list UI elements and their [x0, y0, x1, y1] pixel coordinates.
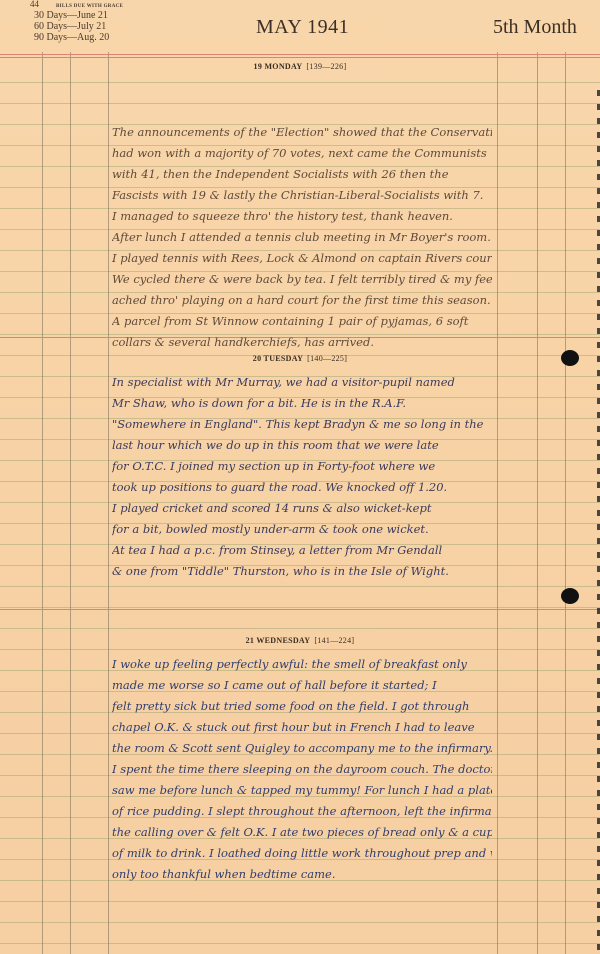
handwritten-line: I woke up feeling perfectly awful: the s… — [112, 654, 492, 675]
header-divider — [0, 54, 600, 55]
handwritten-line: made me worse so I came out of hall befo… — [112, 675, 492, 696]
handwritten-line: I played tennis with Rees, Lock & Almond… — [112, 248, 492, 269]
handwritten-line: Fascists with 19 & lastly the Christian-… — [112, 185, 492, 206]
day-name: 21 WEDNESDAY — [246, 636, 311, 645]
handwritten-line: I played cricket and scored 14 runs & al… — [112, 498, 492, 519]
handwritten-line: At tea I had a p.c. from Stinsey, a lett… — [112, 540, 492, 561]
day-range: [139—226] — [306, 62, 346, 71]
handwritten-line: only too thankful when bedtime came. — [112, 864, 492, 885]
handwritten-line: with 41, then the Independent Socialists… — [112, 164, 492, 185]
diary-entry: In specialist with Mr Murray, we had a v… — [112, 372, 492, 582]
day-divider — [0, 609, 600, 610]
handwritten-line: the room & Scott sent Quigley to accompa… — [112, 738, 492, 759]
handwritten-line: Mr Shaw, who is down for a bit. He is in… — [112, 393, 492, 414]
punch-hole — [561, 588, 579, 604]
bills-row: 60 Days—July 21 — [34, 22, 106, 31]
handwritten-line: felt pretty sick but tried some food on … — [112, 696, 492, 717]
handwritten-line: for a bit, bowled mostly under-arm & too… — [112, 519, 492, 540]
handwritten-line: After lunch I attended a tennis club mee… — [112, 227, 492, 248]
handwritten-line: A parcel from St Winnow containing 1 pai… — [112, 311, 492, 332]
bills-row: 30 Days—June 21 — [34, 11, 108, 20]
day-name: 19 MONDAY — [254, 62, 303, 71]
day-range: [140—225] — [307, 354, 347, 363]
day-name: 20 TUESDAY — [253, 354, 303, 363]
handwritten-line: last hour which we do up in this room th… — [112, 435, 492, 456]
diary-entry: The announcements of the "Election" show… — [112, 122, 492, 353]
handwritten-line: for O.T.C. I joined my section up in For… — [112, 456, 492, 477]
handwritten-line: & one from "Tiddle" Thurston, who is in … — [112, 561, 492, 582]
margin-rule — [70, 52, 71, 954]
margin-rule — [537, 52, 538, 954]
handwritten-line: The announcements of the "Election" show… — [112, 122, 492, 143]
handwritten-line: We cycled there & were back by tea. I fe… — [112, 269, 492, 290]
handwritten-line: of rice pudding. I slept throughout the … — [112, 801, 492, 822]
month-label: 5th Month — [493, 16, 577, 39]
header-divider — [0, 57, 600, 58]
handwritten-line: I managed to squeeze thro' the history t… — [112, 206, 492, 227]
page-number: 44 — [30, 0, 39, 9]
margin-rule — [497, 52, 498, 954]
diary-entry: I woke up feeling perfectly awful: the s… — [112, 654, 492, 885]
punch-hole — [561, 350, 579, 366]
handwritten-line: chapel O.K. & stuck out first hour but i… — [112, 717, 492, 738]
margin-rule — [42, 52, 43, 954]
diary-page: 44 BILLS DUE WITH GRACE 30 Days—June 21 … — [0, 0, 600, 954]
bills-row: 90 Days—Aug. 20 — [34, 33, 109, 42]
handwritten-line: took up positions to guard the road. We … — [112, 477, 492, 498]
handwritten-line: collars & several handkerchiefs, has arr… — [112, 332, 492, 353]
handwritten-line: "Somewhere in England". This kept Bradyn… — [112, 414, 492, 435]
page-title: MAY 1941 — [256, 16, 349, 39]
day-range: [141—224] — [314, 636, 354, 645]
day-heading: 20 TUESDAY[140—225] — [0, 354, 600, 363]
handwritten-line: In specialist with Mr Murray, we had a v… — [112, 372, 492, 393]
day-heading: 21 WEDNESDAY[141—224] — [0, 636, 600, 645]
handwritten-line: saw me before lunch & tapped my tummy! F… — [112, 780, 492, 801]
handwritten-line: of milk to drink. I loathed doing little… — [112, 843, 492, 864]
day-heading: 19 MONDAY[139—226] — [0, 62, 600, 71]
handwritten-line: I spent the time there sleeping on the d… — [112, 759, 492, 780]
margin-rule — [108, 52, 109, 954]
handwritten-line: the calling over & felt O.K. I ate two p… — [112, 822, 492, 843]
handwritten-line: had won with a majority of 70 votes, nex… — [112, 143, 492, 164]
handwritten-line: ached thro' playing on a hard court for … — [112, 290, 492, 311]
margin-rule — [565, 52, 566, 954]
